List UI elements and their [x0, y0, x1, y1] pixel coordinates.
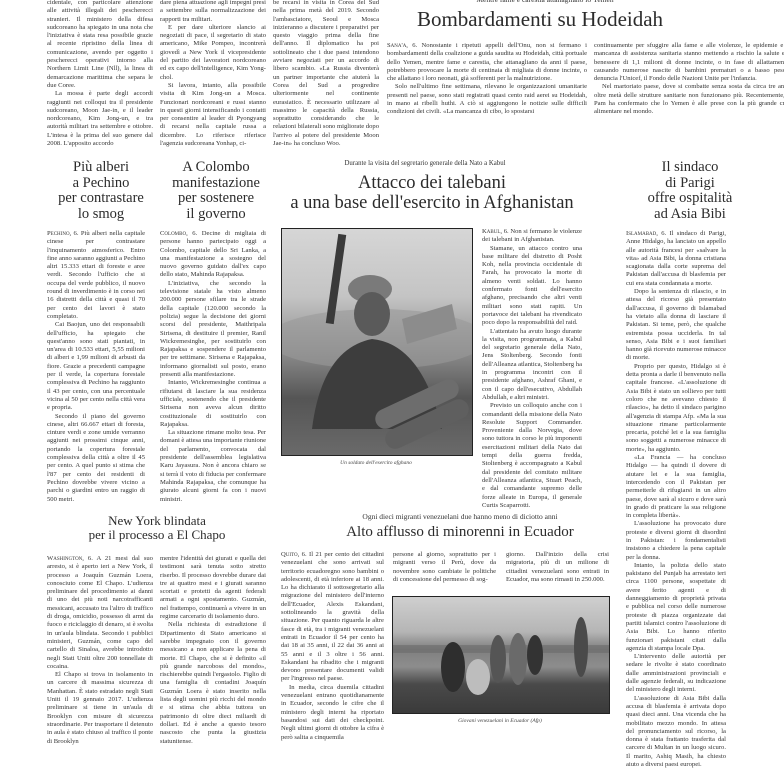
el-chapo-col2-p1: mentre l'identità dei giurati e quella d…	[160, 555, 266, 621]
colombo-p3: Intanto, Wickremesinghe continua a rifiu…	[160, 379, 266, 429]
yemen-headline: Bombardamenti su Hodeidah	[380, 8, 700, 31]
kabul-body: Kabul, 6. Non si fermano le violenze dei…	[482, 228, 582, 510]
el-chapo-column-2: mentre l'identità dei giurati e quella d…	[160, 555, 266, 746]
korea-column-2: dare piena attuazione agli impegni presi…	[160, 0, 266, 148]
colombo-p4: La situazione rimane molto tesa. Per dom…	[160, 429, 266, 504]
kabul-dateline: Kabul, 6.	[482, 228, 509, 235]
asia-bibi-p1: Il sindaco di Parigi, Anne Hidalgo, ha l…	[626, 230, 726, 287]
kabul-p3: L'attentato ha avuto luogo durante la vi…	[482, 328, 582, 403]
ecuador-column-2: persone al giorno, soprattutto per i mig…	[393, 551, 496, 584]
el-chapo-col1-p1: A 21 mesi dal suo arresto, si è aperto i…	[47, 555, 153, 670]
yemen-col1-p2: Solo nell'ultimo fine settimana, rilevan…	[387, 83, 587, 116]
el-chapo-col2-p2: Nella richiesta di estradizione il Dipar…	[160, 621, 266, 745]
ecuador-migrants-photo	[392, 596, 610, 714]
kabul-headline: Attacco dei talebani a una base dell'ese…	[272, 174, 592, 214]
kabul-photo-caption: Un soldato dell'esercito afghano	[281, 460, 471, 466]
pechino-p1: Più alberi nella capitale cinese per con…	[47, 230, 145, 320]
asia-bibi-p4: «La Francia — ha concluso Hidalgo — ha q…	[626, 454, 726, 520]
kabul-p4: Previsto un colloquio anche con i comand…	[482, 402, 582, 510]
asia-bibi-p6: Intanto, la polizia dello stato pakistan…	[626, 562, 726, 653]
ecuador-col2-p1: persone al giorno, soprattutto per i mig…	[393, 551, 496, 584]
colombo-body: Colombo, 6. Decine di migliaia di person…	[160, 230, 266, 504]
asia-bibi-p8: L'assoluzione di Asia Bibi dalla accusa …	[626, 695, 726, 770]
asia-bibi-headline: Il sindaco di Parigi offre ospitalità ad…	[635, 160, 745, 223]
pechino-body: Pechino, 6. Più alberi nella capitale ci…	[47, 230, 145, 504]
asia-bibi-p3: Proprio per questo, Hidalgo si è detta p…	[626, 363, 726, 454]
yemen-dateline: Sana'a, 6.	[387, 42, 417, 49]
el-chapo-col1-p2: El Chapo si trova in isolamento in un ca…	[47, 671, 153, 746]
asia-bibi-body: Islamabad, 6. Il sindaco di Parigi, Anne…	[626, 230, 726, 769]
yemen-column-1: Sana'a, 6. Nonostante i ripetuti appelli…	[387, 42, 587, 117]
korea-col2-p2: E per dare ulteriore slancio ai negoziat…	[160, 24, 266, 82]
ecuador-dateline: Quito, 6.	[281, 551, 307, 558]
ecuador-column-1: Quito, 6. Il 21 per cento dei cittadini …	[281, 551, 384, 742]
korea-col3-p1: be recarsi in visita in Corea del Sud ne…	[273, 0, 379, 148]
korea-col2-p1: dare piena attuazione agli impegni presi…	[160, 0, 266, 24]
ecuador-photo-caption: Giovani venezuelani in Ecuador (Afp)	[392, 718, 608, 724]
el-chapo-headline: New York blindata per il processo a El C…	[47, 514, 267, 542]
colombo-p1: Decine di migliaia di persone hanno part…	[160, 230, 266, 278]
ecuador-col1-p1: Il 21 per cento dei cittadini venezuelan…	[281, 551, 384, 682]
el-chapo-column-1: Washington, 6. A 21 mesi dal suo arresto…	[47, 555, 153, 746]
ecuador-column-3: giorno. Dall'inizio della crisi migrator…	[506, 551, 609, 584]
ecuador-headline: Alto afflusso di minorenni in Ecuador	[300, 524, 620, 540]
korea-col2-p3: Si lavora, intanto, alla possibile visit…	[160, 82, 266, 148]
yemen-col2-p2: Nel martoriato paese, dove si combatte s…	[594, 83, 784, 116]
kabul-p2: Stamane, un attacco contro una base mili…	[482, 245, 582, 328]
asia-bibi-p2: Dopo la sentenza di rilascio, e in attes…	[626, 288, 726, 363]
kabul-kicker: Durante la visita del segretario general…	[300, 160, 550, 167]
ecuador-col1-p2: In media, circa duemila cittadini venezu…	[281, 684, 384, 742]
yemen-column-2: continuamente per sfuggire alla fame e a…	[594, 42, 784, 117]
colombo-headline: A Colombo manifestazione per sostenere i…	[160, 160, 272, 223]
asia-bibi-dateline: Islamabad, 6.	[626, 230, 666, 237]
pechino-p3: Secondo il piano del governo cinese, alt…	[47, 413, 145, 504]
yemen-col2-p1: continuamente per sfuggire alla fame e a…	[594, 42, 784, 83]
yemen-kicker: Mentre fame e carestia attanagliano lo Y…	[420, 0, 670, 4]
soldier-image-icon	[282, 229, 472, 455]
korea-col1-p1: cidentale, con particolare attenzione al…	[47, 0, 153, 90]
korea-col1-p2: La mossa è parte degli accordi raggiunti…	[47, 90, 153, 148]
migrants-image-icon	[393, 597, 609, 713]
kabul-soldier-photo	[281, 228, 473, 456]
korea-column-1: cidentale, con particolare attenzione al…	[47, 0, 153, 148]
ecuador-kicker: Ogni dieci migranti venezuelani due hann…	[330, 512, 590, 521]
korea-column-3: be recarsi in visita in Corea del Sud ne…	[273, 0, 379, 148]
pechino-p2: Cai Baojun, uno dei responsabili dell'uf…	[47, 321, 145, 412]
yemen-col1-p1: Nonostante i ripetuti appelli dell'Onu, …	[387, 42, 587, 82]
el-chapo-dateline: Washington, 6.	[47, 555, 93, 562]
asia-bibi-p5: L'assoluzione ha provocato dure proteste…	[626, 520, 726, 561]
colombo-p2: L'iniziativa, che secondo la televisione…	[160, 280, 266, 380]
pechino-headline: Più alberi a Pechino per contrastare lo …	[45, 160, 157, 223]
pechino-dateline: Pechino, 6.	[47, 230, 79, 237]
ecuador-col3-p1: giorno. Dall'inizio della crisi migrator…	[506, 551, 609, 584]
colombo-dateline: Colombo, 6.	[160, 230, 197, 237]
asia-bibi-p7: L'intervento delle autorità per sedare l…	[626, 653, 726, 694]
